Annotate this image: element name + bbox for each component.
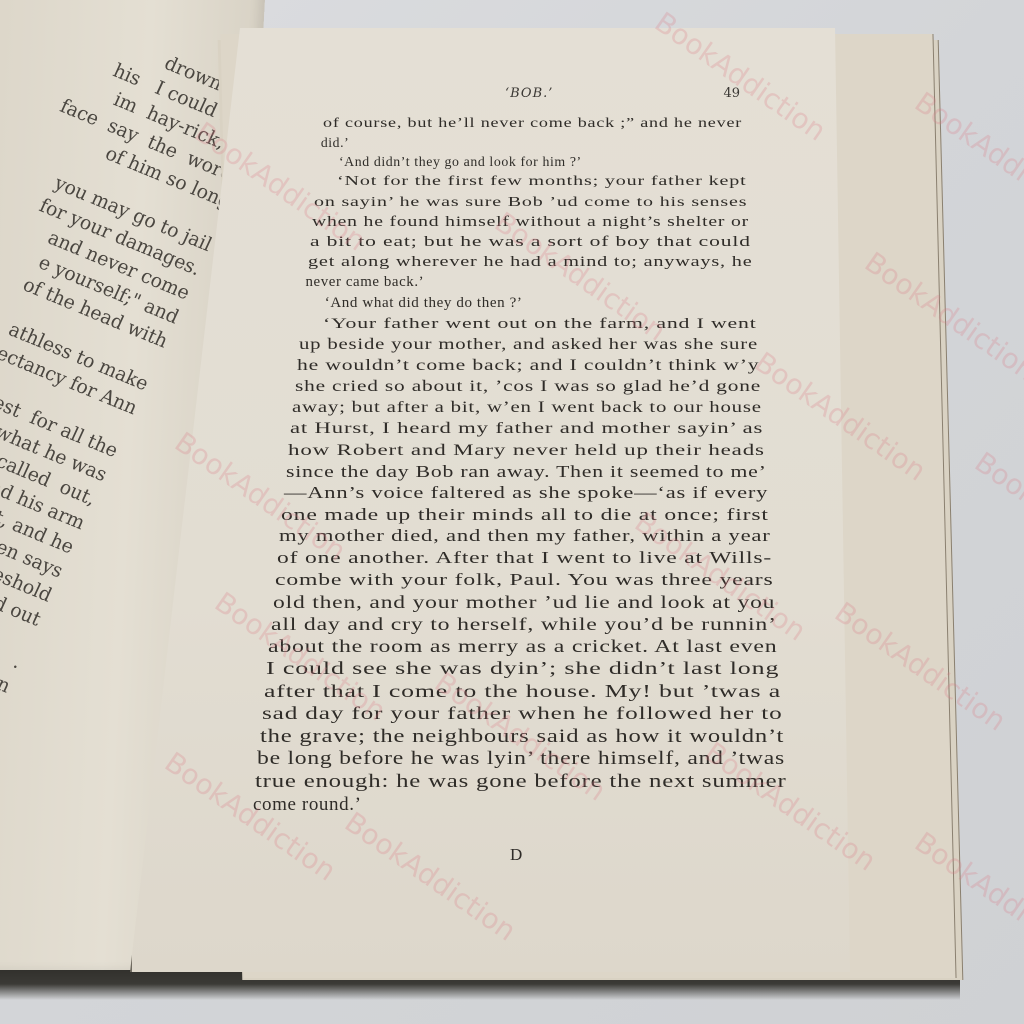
text-line: when he found himself without a night’s … <box>312 214 749 231</box>
text-line: how Robert and Mary never held up their … <box>288 441 765 460</box>
text-line: away; but after a bit, w’en I went back … <box>292 399 762 417</box>
text-line: of one another. After that I went to liv… <box>277 548 772 568</box>
text-line: after that I come to the house. My! but … <box>264 681 781 702</box>
text-line: never came back.’ <box>306 274 425 291</box>
text-line: ‘And what did they do then ?’ <box>325 295 523 312</box>
page-number: 49 <box>723 86 740 101</box>
text-line: one made up their minds all to die at on… <box>281 505 769 525</box>
watermark: BookAddiction <box>969 445 1024 587</box>
text-line: all day and cry to herself, while you’d … <box>271 614 777 635</box>
text-line: at Hurst, I heard my father and mother s… <box>290 420 763 438</box>
text-line: did.’ <box>321 135 349 151</box>
signature-mark: D <box>510 845 522 865</box>
text-line: about the room as merry as a cricket. At… <box>268 636 777 657</box>
text-line: ‘Your father went out on the farm, and I… <box>323 315 757 333</box>
text-line: I could see she was dyin’; she didn’t la… <box>266 658 779 679</box>
text-line: old then, and your mother ’ud lie and lo… <box>273 592 775 613</box>
text-line: ‘Not for the first few months; your fath… <box>337 174 746 190</box>
text-line: the grave; the neighbours said as how it… <box>260 726 784 747</box>
page-header: ‘BOB.’ 49 <box>300 86 740 106</box>
text-line: ‘And didn’t they go and look for him ?’ <box>339 154 582 170</box>
text-line: she cried so about it, ’cos I was so gla… <box>295 378 761 396</box>
text-line: since the day Bob ran away. Then it seem… <box>286 462 767 482</box>
text-line: come round.’ <box>253 794 362 816</box>
text-line: combe with your folk, Paul. You was thre… <box>275 570 774 590</box>
running-head: ‘BOB.’ <box>505 86 553 101</box>
text-line: true enough: he was gone before the next… <box>255 771 787 793</box>
text-line: on sayin’ he was sure Bob ’ud come to hi… <box>314 194 747 211</box>
text-line: be long before he was lyin’ there himsel… <box>257 748 785 770</box>
text-line: my mother died, and then my father, with… <box>279 526 771 546</box>
text-line: of course, but he’ll never come back ;” … <box>323 115 742 131</box>
text-line: a bit to eat; but he was a sort of boy t… <box>310 234 751 251</box>
text-line: he wouldn’t come back; and I couldn’t th… <box>297 357 759 375</box>
text-line: sad day for your father when he followed… <box>262 703 783 724</box>
text-line: get along wherever he had a mind to; any… <box>308 254 753 271</box>
text-line: —Ann’s voice faltered as she spoke—‘as i… <box>284 483 768 503</box>
text-line: up beside your mother, and asked her was… <box>299 336 758 354</box>
